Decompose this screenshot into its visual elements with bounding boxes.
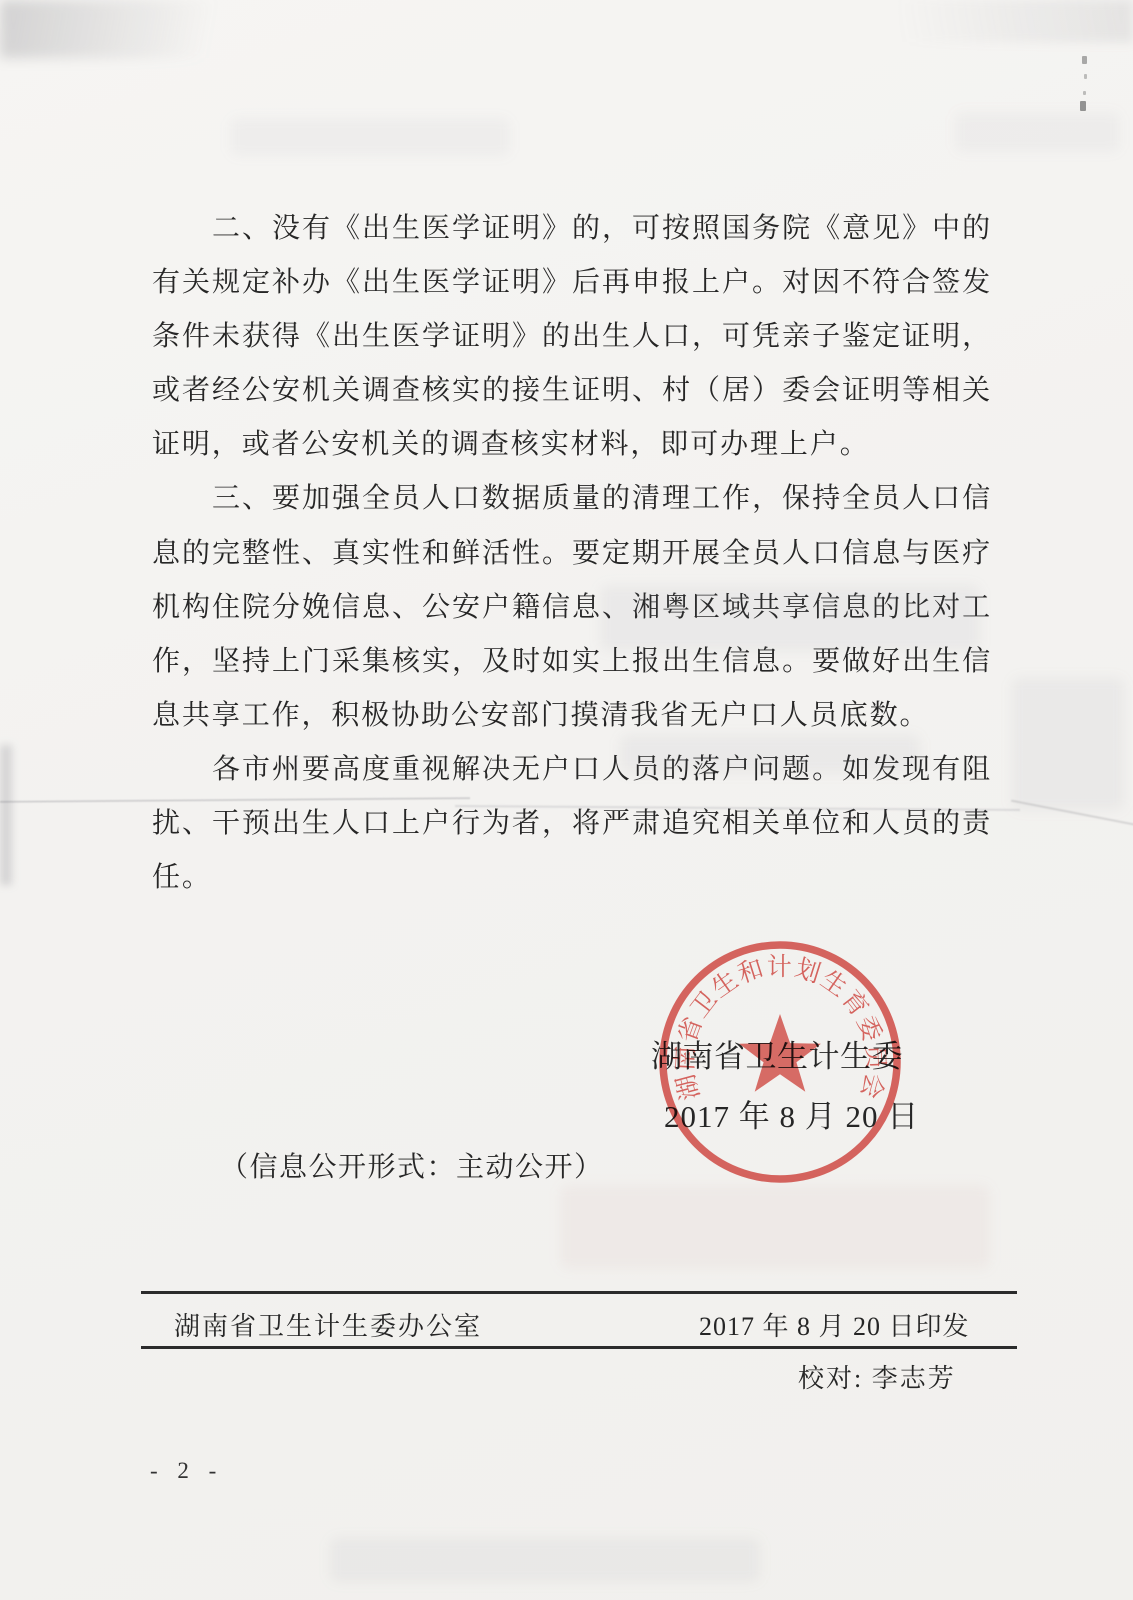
seal-star-icon <box>739 1014 821 1092</box>
body-line: 任。 <box>152 851 992 905</box>
document-body: 二、没有《出生医学证明》的，可按照国务院《意见》中的 有关规定补办《出生医学证明… <box>152 202 992 905</box>
footer-rule-bottom <box>141 1346 1017 1349</box>
scan-speck <box>1083 91 1086 95</box>
bleedthrough-ghost <box>560 1185 990 1269</box>
scan-shade-left-edge <box>0 745 12 885</box>
scan-shade-top-right <box>900 0 1133 42</box>
page-number: - 2 - <box>150 1458 223 1484</box>
body-line: 或者经公安机关调查核实的接生证明、村（居）委会证明等相关 <box>152 364 992 418</box>
bleedthrough-ghost <box>955 112 1120 152</box>
body-line: 息的完整性、真实性和鲜活性。要定期开展全员人口信息与医疗 <box>152 527 992 581</box>
body-line: 证明，或者公安机关的调查核实材料，即可办理上户。 <box>152 418 992 472</box>
body-line: 作，坚持上门采集核实，及时如实上报出生信息。要做好出生信 <box>152 635 992 689</box>
body-line: 有关规定补办《出生医学证明》后再申报上户。对因不符合签发 <box>152 256 992 310</box>
bleedthrough-ghost <box>330 1538 760 1582</box>
body-line: 二、没有《出生医学证明》的，可按照国务院《意见》中的 <box>152 202 992 256</box>
footer-proofreader: 校对: 李志芳 <box>798 1358 956 1395</box>
body-line: 条件未获得《出生医学证明》的出生人口，可凭亲子鉴定证明， <box>152 310 992 364</box>
scan-shade-top-left <box>0 0 300 58</box>
footer-issuer: 湖南省卫生计生委办公室 <box>174 1306 482 1343</box>
body-line: 各市州要高度重视解决无户口人员的落户问题。如发现有阻 <box>152 743 992 797</box>
paper-crease <box>1011 800 1133 827</box>
scanned-document-page: 二、没有《出生医学证明》的，可按照国务院《意见》中的 有关规定补办《出生医学证明… <box>0 0 1133 1600</box>
body-line: 机构住院分娩信息、公安户籍信息、湘粤区域共享信息的比对工 <box>152 581 992 635</box>
bleedthrough-ghost <box>1012 678 1124 810</box>
body-line: 扰、干预出生人口上户行为者，将严肃追究相关单位和人员的责 <box>152 797 992 851</box>
bleedthrough-ghost <box>230 118 510 156</box>
footer-print-date: 2017 年 8 月 20 日印发 <box>699 1306 970 1343</box>
body-line: 三、要加强全员人口数据质量的清理工作，保持全员人口信 <box>152 472 992 526</box>
disclosure-note: （信息公开形式：主动公开） <box>220 1145 604 1185</box>
official-seal: 湖南省卫生和计划生育委员会 <box>646 928 914 1196</box>
body-line: 息共享工作，积极协助公安部门摸清我省无户口人员底数。 <box>152 689 992 743</box>
scan-speck <box>1082 56 1087 64</box>
scan-speck <box>1080 101 1086 111</box>
footer-rule-top <box>141 1291 1017 1294</box>
scan-speck <box>1084 74 1087 79</box>
